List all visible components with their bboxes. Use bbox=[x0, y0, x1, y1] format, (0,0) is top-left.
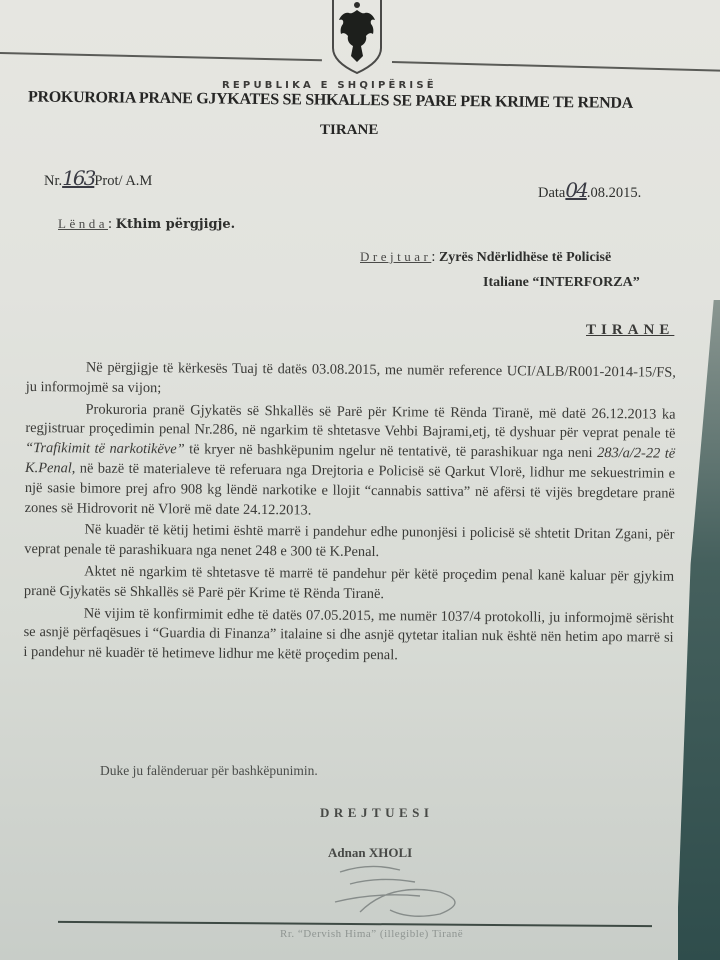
header-rule-right bbox=[392, 61, 720, 72]
subject-line: Lënda: Kthim përgjigje. bbox=[58, 216, 235, 233]
subject-label: Lënda bbox=[58, 216, 108, 231]
protocol-number: Nr.163Prot/ A.M bbox=[44, 166, 152, 190]
closing-line: Duke ju falënderuar për bashkëpunimin. bbox=[100, 763, 318, 779]
background-edge-shadow bbox=[678, 300, 720, 960]
protocol-number-handwritten: 163 bbox=[62, 166, 94, 190]
letter-body: Në përgjigje të kërkesës Tuaj të datës 0… bbox=[23, 358, 676, 669]
country-name: REPUBLIKA E SHQIPËRISË bbox=[222, 80, 437, 91]
protocol-suffix: Prot/ A.M bbox=[94, 173, 152, 189]
addressee-name: Zyrës Ndërlidhëse të Policisë bbox=[439, 250, 611, 265]
body-paragraph-3: Në kuadër të këtij hetimi është marrë i … bbox=[24, 520, 674, 565]
footer-address: Rr. “Dervish Hima” (illegible) Tiranë bbox=[280, 928, 463, 940]
addressee-city: TIRANE bbox=[586, 322, 674, 339]
date-day-handwritten: 04 bbox=[565, 178, 586, 202]
addressee-label: Drejtuar bbox=[360, 249, 431, 264]
letter-date: Data04.08.2015. bbox=[538, 178, 641, 202]
addressee-line-2: Italiane “INTERFORZA” bbox=[483, 275, 640, 291]
date-rest: .08.2015. bbox=[587, 185, 641, 201]
header-rule-left bbox=[0, 52, 322, 61]
subject-value: Kthim përgjigje. bbox=[116, 217, 236, 232]
body-paragraph-2: Prokuroria pranë Gjykatës së Shkallës së… bbox=[25, 400, 676, 524]
institution-city: TIRANE bbox=[320, 122, 378, 139]
protocol-prefix: Nr. bbox=[44, 173, 62, 189]
scanned-letter-page: REPUBLIKA E SHQIPËRISË PROKURORIA PRANE … bbox=[0, 0, 720, 960]
body-paragraph-5: Në vijim të konfirmimit edhe të datës 07… bbox=[23, 604, 673, 669]
body-paragraph-4: Aktet në ngarkim të shtetasve të marrë t… bbox=[24, 562, 674, 607]
signer-title: DREJTUESI bbox=[320, 805, 433, 821]
date-label: Data bbox=[538, 185, 565, 201]
handwritten-signature-icon bbox=[320, 862, 490, 922]
body-paragraph-1: Në përgjigje të kërkesës Tuaj të datës 0… bbox=[26, 358, 676, 403]
albanian-eagle-emblem-icon bbox=[327, 0, 387, 74]
addressee-line-1: Drejtuar: Zyrës Ndërlidhëse të Policisë bbox=[360, 249, 611, 266]
signer-name: Adnan XHOLI bbox=[328, 845, 412, 861]
institution-name: PROKURORIA PRANE GJYKATES SE SHKALLES SE… bbox=[28, 89, 688, 114]
